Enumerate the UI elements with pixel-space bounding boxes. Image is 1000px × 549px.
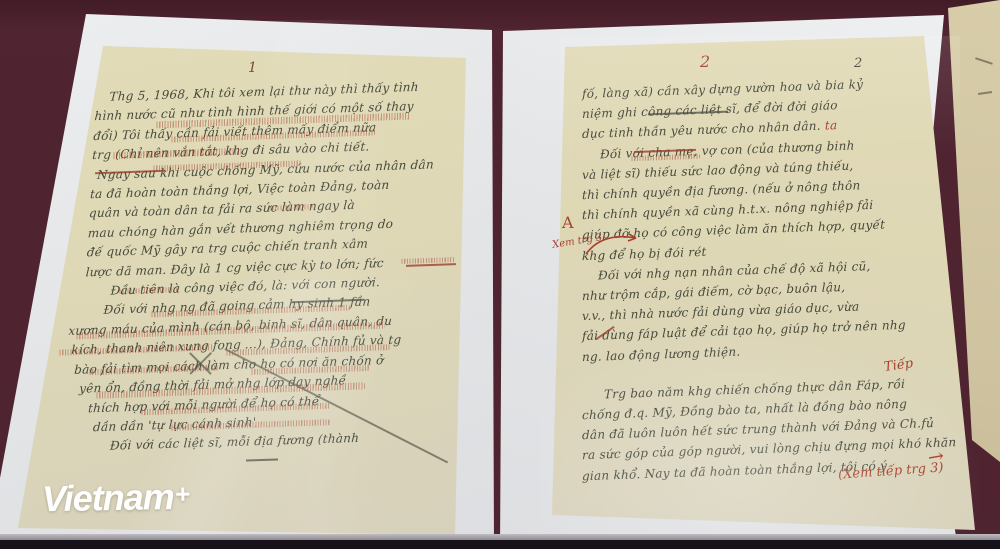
page-2-handwriting: fố, làng xã) cần xây dựng vườn hoa và bi… bbox=[582, 71, 958, 486]
vietnamplus-logo: Vietnam+ bbox=[42, 476, 190, 521]
vietnamplus-logo-text: Vietnam bbox=[42, 476, 174, 519]
vietnamplus-logo-plus: + bbox=[174, 479, 189, 509]
table-edge bbox=[0, 540, 1000, 549]
page-2-number-red: 2 bbox=[700, 52, 710, 71]
page-2-number-corner: 2 bbox=[854, 56, 863, 71]
red-curved-arrow bbox=[584, 228, 642, 256]
museum-display-photo: 1 Thg 5, 1968, Khi tôi xem lại thư này t… bbox=[0, 0, 1000, 549]
red-arrow-icon: → bbox=[926, 445, 946, 469]
page-1-number: 1 bbox=[248, 60, 257, 76]
margin-note-letter: A bbox=[562, 213, 574, 232]
red-inline-note: ta bbox=[825, 119, 837, 133]
